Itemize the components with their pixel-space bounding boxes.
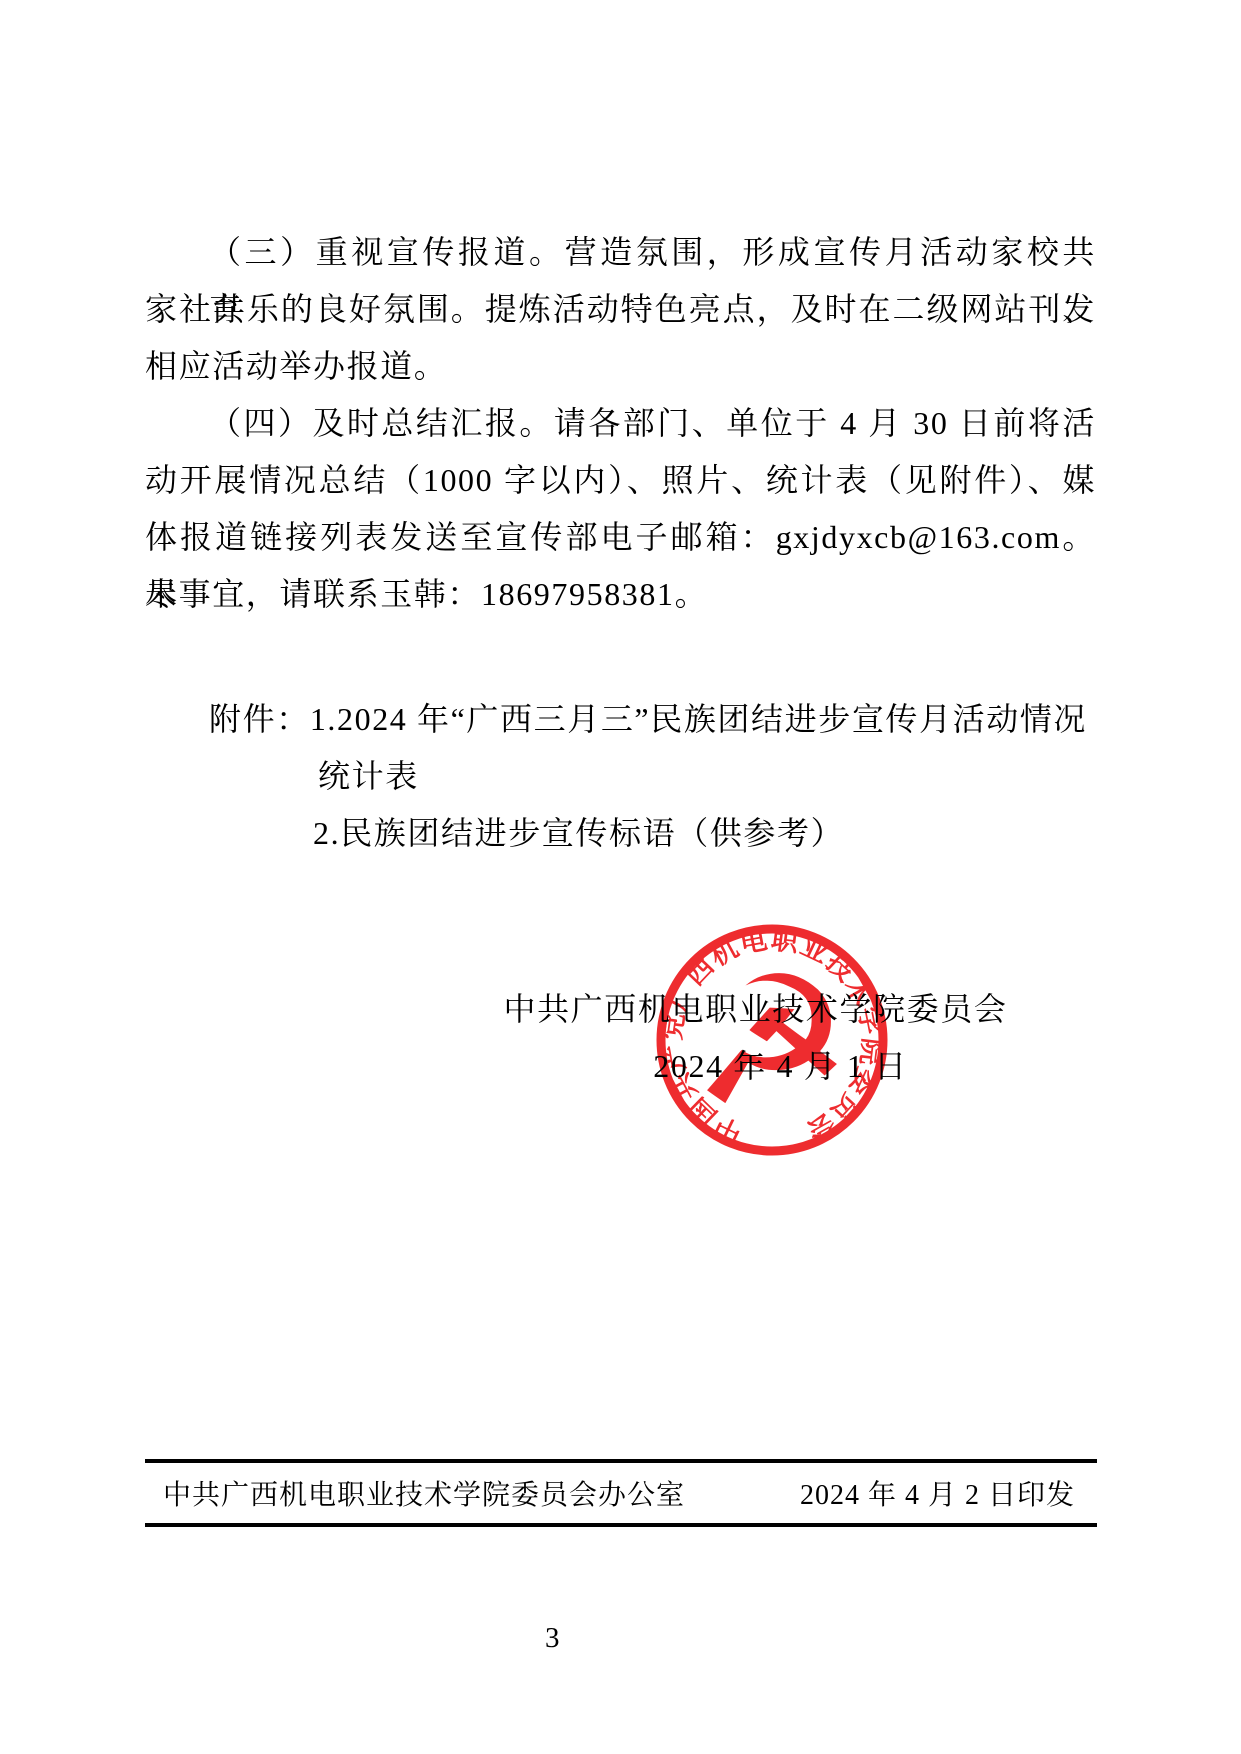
footer-issuer: 中共广西机电职业技术学院委员会办公室 (163, 1473, 685, 1513)
signature-date: 2024 年 4 月 1 日 (305, 1038, 1241, 1095)
body-line: （四）及时总结汇报。请各部门、单位于 4 月 30 日前将活 (145, 395, 1096, 452)
page-number: 3 (545, 1622, 560, 1655)
attachment-item-2: 2.民族团结进步宣传标语（供参考） (145, 805, 1096, 862)
signature-committee: 中共广西机电职业技术学院委员会 (280, 981, 1231, 1038)
attachment-label: 附件： (209, 701, 310, 737)
document-page: （三）重视宣传报道。营造氛围，形成宣传月活动家校共育、 家社共乐的良好氛围。提炼… (0, 0, 1241, 1754)
body-line: （三）重视宣传报道。营造氛围，形成宣传月活动家校共育、 (145, 224, 1096, 281)
footer-print-date: 2024 年 4 月 2 日印发 (800, 1473, 1075, 1513)
body-line: 家社共乐的良好氛围。提炼活动特色亮点，及时在二级网站刊发 (145, 281, 1096, 338)
body-line: 体报道链接列表发送至宣传部电子邮箱：gxjdyxcb@163.com。未 (145, 509, 1096, 566)
attachment-item-1-continued: 统计表 (145, 748, 1096, 805)
signature-block: 中共广西机电职业技术学院委员会 2024 年 4 月 1 日 (145, 981, 1096, 1095)
paragraph-4: （四）及时总结汇报。请各部门、单位于 4 月 30 日前将活 动开展情况总结（1… (145, 395, 1096, 623)
footer: 中共广西机电职业技术学院委员会办公室 2024 年 4 月 2 日印发 (145, 1459, 1097, 1527)
paragraph-3: （三）重视宣传报道。营造氛围，形成宣传月活动家校共育、 家社共乐的良好氛围。提炼… (145, 224, 1096, 395)
footer-rule-bottom (145, 1523, 1097, 1527)
attachment-item-1: 附件：1.2024 年“广西三月三”民族团结进步宣传月活动情况 (145, 691, 1096, 748)
body-line: 动开展情况总结（1000 字以内）、照片、统计表（见附件）、媒 (145, 452, 1096, 509)
attachment-list: 附件：1.2024 年“广西三月三”民族团结进步宣传月活动情况 统计表 2.民族… (145, 691, 1096, 862)
body-line: 相应活动举办报道。 (145, 338, 1096, 395)
body-line: 尽事宜，请联系玉韩：18697958381。 (145, 566, 1096, 623)
attachment-item-1-text: 1.2024 年“广西三月三”民族团结进步宣传月活动情况 (310, 701, 1087, 737)
document-body: （三）重视宣传报道。营造氛围，形成宣传月活动家校共育、 家社共乐的良好氛围。提炼… (145, 224, 1096, 1095)
footer-row: 中共广西机电职业技术学院委员会办公室 2024 年 4 月 2 日印发 (145, 1463, 1097, 1523)
